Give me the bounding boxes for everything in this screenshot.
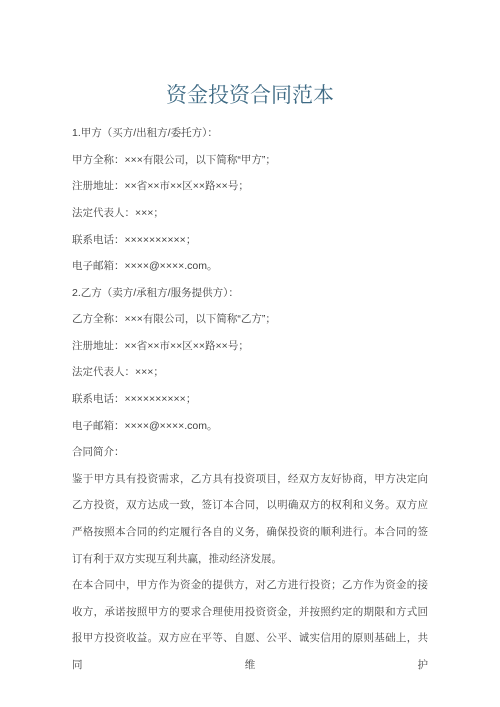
party-b-legal-representative: 法定代表人：×××； — [72, 359, 428, 386]
party-b-address: 注册地址：××省××市××区××路××号； — [72, 333, 428, 360]
party-a-legal-representative: 法定代表人：×××； — [72, 200, 428, 227]
document-page: 资金投资合同范本 1.甲方（买方/出租方/委托方）： 甲方全称：×××有限公司，… — [0, 0, 500, 707]
party-a-heading: 1.甲方（买方/出租方/委托方）： — [72, 120, 428, 147]
intro-paragraph-1: 鉴于甲方具有投资需求，乙方具有投资项目，经双方友好协商，甲方决定向乙方投资，双方… — [72, 466, 428, 572]
party-a-email: 电子邮箱：××××@××××.com。 — [72, 253, 428, 280]
party-a-phone: 联系电话：××××××××××； — [72, 227, 428, 254]
contract-document: 资金投资合同范本 1.甲方（买方/出租方/委托方）： 甲方全称：×××有限公司，… — [0, 84, 500, 679]
party-b-full-name: 乙方全称：×××有限公司，以下简称“乙方”； — [72, 306, 428, 333]
intro-heading: 合同简介： — [72, 439, 428, 466]
party-b-phone: 联系电话：××××××××××； — [72, 386, 428, 413]
intro-paragraph-2: 在本合同中，甲方作为资金的提供方，对乙方进行投资；乙方作为资金的接收方，承诺按照… — [72, 572, 428, 678]
document-title: 资金投资合同范本 — [72, 84, 428, 108]
party-b-heading: 2.乙方（卖方/承租方/服务提供方）： — [72, 280, 428, 307]
party-a-full-name: 甲方全称：×××有限公司，以下简称“甲方”； — [72, 147, 428, 174]
party-a-address: 注册地址：××省××市××区××路××号； — [72, 173, 428, 200]
party-b-email: 电子邮箱：××××@××××.com。 — [72, 413, 428, 440]
